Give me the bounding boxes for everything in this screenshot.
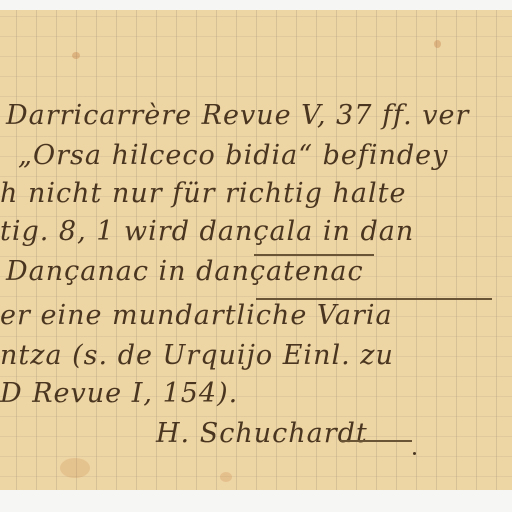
text-line-1: Darricarrère Revue V, 37 ff. ver <box>6 100 469 131</box>
text-line-6: er eine mundartliche Varia <box>0 300 393 331</box>
text-line-4: tig. 8, 1 wird dançala in dan <box>0 216 414 247</box>
text-line-2: „Orsa hilceco bidia“ befindey <box>18 140 448 171</box>
signature-underline <box>340 440 412 442</box>
text-line-8: D Revue I, 154). <box>0 378 238 409</box>
stain <box>60 458 90 478</box>
text-line-7: ntza (s. de Urquijo Einl. zu <box>0 340 394 371</box>
text-line-3: h nicht nur für richtig halte <box>0 178 406 209</box>
text-line-4-text: tig. 8, 1 wird dançala in dan <box>0 216 414 247</box>
stain <box>434 40 441 48</box>
period-dot <box>413 452 416 455</box>
stain <box>72 52 80 59</box>
stain <box>220 472 232 482</box>
signature: H. Schuchardt <box>156 418 368 449</box>
text-line-5: Dançanac in dançatenac <box>6 256 364 287</box>
